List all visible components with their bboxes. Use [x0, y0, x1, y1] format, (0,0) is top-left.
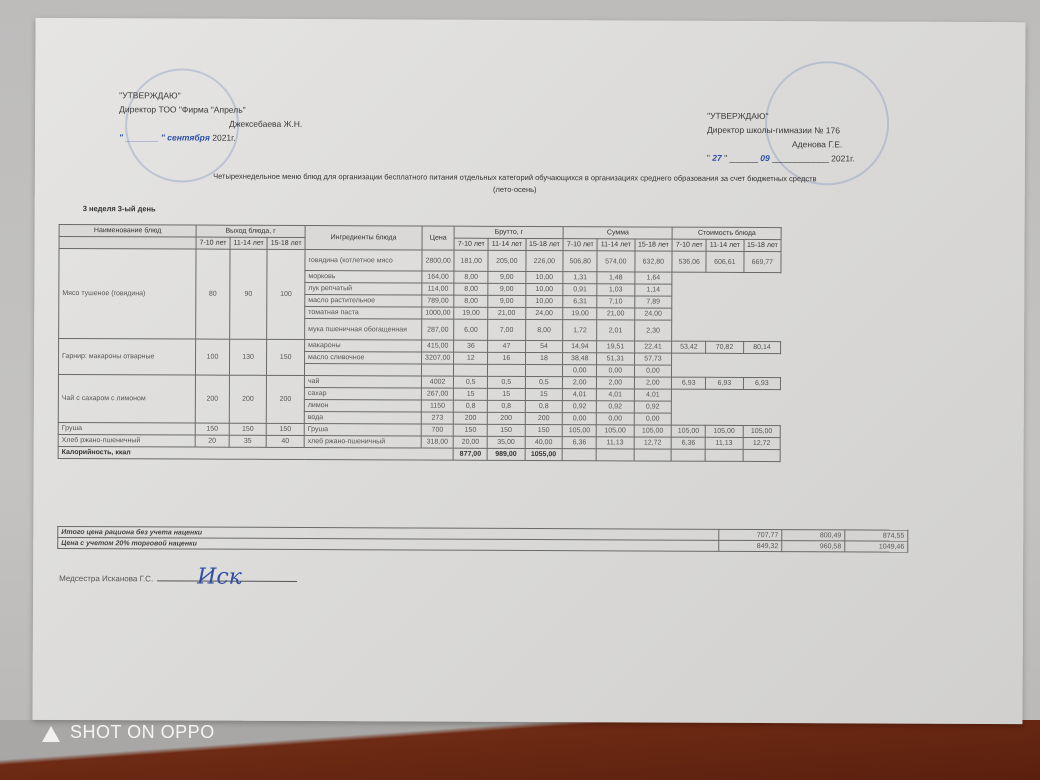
col-price: Цена: [422, 226, 454, 250]
sum-value: 2,01: [597, 320, 634, 341]
sum-value: 2,00: [634, 377, 672, 389]
gross-value: 150: [487, 424, 524, 436]
sum-value: 0,00: [563, 365, 597, 377]
gross-value: 24,00: [525, 307, 563, 319]
price-value: 1000,00: [422, 307, 454, 319]
empty-cell: [705, 449, 742, 461]
dish-name: Гарнир: макароны отварные: [58, 338, 195, 375]
ingredient-name: Груша: [304, 424, 421, 437]
yield-value: 200: [266, 375, 304, 423]
price-value: 267,00: [421, 388, 453, 400]
sum-value: 51,31: [597, 353, 634, 365]
ingredient-name: мука пшеничная обогащенная: [305, 319, 422, 341]
yield-value: 130: [229, 339, 266, 375]
ingredient-name: морковь: [305, 271, 422, 284]
empty-cell: [672, 284, 706, 296]
yield-value: 80: [196, 249, 230, 339]
gross-value: 21,00: [488, 307, 525, 319]
yield-value: 35: [229, 435, 266, 447]
cost-value: 105,00: [743, 425, 781, 437]
calories-value: 877,00: [453, 448, 487, 460]
gross-value: 200: [487, 412, 524, 424]
sum-value: 14,94: [563, 341, 597, 353]
empty-cell: [706, 272, 743, 284]
col-gross-age1: 7-10 лет: [454, 238, 488, 250]
sum-value: 4,01: [563, 389, 597, 401]
price-value: 164,00: [422, 271, 454, 283]
col-gross: Брутто, г: [454, 226, 563, 238]
nurse-signature: Медсестра Исканова Г.С.Иск: [59, 574, 297, 584]
price-value: 318,00: [421, 436, 453, 448]
week-day-label: 3 неделя 3-ый день: [83, 204, 156, 213]
gross-value: 20,00: [453, 436, 487, 448]
gross-value: 9,00: [488, 283, 525, 295]
yield-value: 40: [266, 435, 304, 447]
empty-cell: [706, 389, 743, 401]
col-sum-age2: 11-14 лет: [597, 239, 634, 251]
col-ingredients: Ингредиенты блюда: [305, 226, 422, 251]
sum-value: 105,00: [563, 425, 597, 437]
approval-right: "УТВЕРЖДАЮ" Директор школы-гимназии № 17…: [707, 109, 855, 166]
col-sum-age3: 15-18 лет: [635, 239, 673, 251]
gross-value: 8,00: [454, 283, 488, 295]
col-cost-age1: 7-10 лет: [672, 239, 706, 251]
price-value: 700: [421, 424, 453, 436]
yield-value: 200: [195, 375, 229, 423]
empty-cell: [743, 353, 781, 365]
price-value: 287,00: [422, 319, 454, 340]
ingredient-name: лимон: [304, 400, 421, 413]
col-gross-age2: 11-14 лет: [488, 238, 525, 250]
sum-value: 0,91: [563, 284, 597, 296]
empty-cell: [596, 449, 633, 461]
cost-value: 11,13: [705, 437, 742, 449]
empty-cell: [743, 320, 781, 341]
totals-table: Итого цена рациона без учета наценки707,…: [57, 526, 908, 553]
empty-cell: [706, 365, 743, 377]
col-dish-sub: [59, 236, 196, 249]
price-value: 273: [421, 412, 453, 424]
ingredient-name: [304, 364, 421, 377]
gross-value: 0,5: [454, 376, 488, 388]
ingredient-name: чай: [304, 376, 421, 389]
cost-value: 606,61: [706, 251, 743, 272]
empty-cell: [672, 308, 706, 320]
approval-right-date: " 27 " ______ 09 ____________ 2021г.: [707, 151, 855, 166]
sum-value: 7,89: [634, 296, 672, 308]
gross-value: 10,00: [525, 295, 563, 307]
gross-value: 47: [488, 340, 525, 352]
sum-value: 4,01: [597, 389, 634, 401]
yield-value: 150: [266, 423, 304, 435]
empty-cell: [706, 296, 743, 308]
gross-value: 150: [525, 424, 563, 436]
ingredient-name: говядина (котлетное мясо: [305, 250, 422, 272]
sum-value: 4,01: [634, 389, 672, 401]
cost-value: 12,72: [743, 437, 781, 449]
price-value: 4002: [421, 376, 453, 388]
ingredient-name: масло сливочное: [305, 352, 422, 365]
yield-value: 150: [267, 339, 305, 375]
totals-row: Цена с учетом 20% торговой наценки849,32…: [58, 537, 908, 552]
gross-value: 15: [525, 388, 563, 400]
empty-cell: [705, 413, 742, 425]
price-value: 2800,00: [422, 250, 454, 271]
gross-value: 8,00: [525, 319, 563, 340]
dish-name: Мясо тушеное (говядина): [59, 248, 196, 339]
gross-value: 10,00: [525, 283, 563, 295]
totals-value: 707,77: [719, 529, 782, 540]
price-value: 1150: [421, 400, 453, 412]
col-sum-age1: 7-10 лет: [563, 239, 597, 251]
yield-value: 100: [195, 339, 229, 375]
cost-value: 6,93: [672, 377, 706, 389]
gross-value: 6,00: [454, 319, 488, 340]
approval-left-heading: "УТВЕРЖДАЮ": [119, 88, 302, 103]
empty-cell: [743, 284, 781, 296]
empty-cell: [743, 449, 781, 461]
gross-value: 12: [454, 352, 488, 364]
gross-value: 10,00: [525, 271, 563, 283]
empty-cell: [672, 353, 706, 365]
empty-cell: [672, 413, 706, 425]
gross-value: 8,00: [454, 271, 488, 283]
sum-value: 21,00: [597, 308, 634, 320]
empty-cell: [743, 272, 781, 284]
yield-value: 20: [195, 435, 229, 447]
dish-name: Груша: [58, 422, 195, 435]
sum-value: 105,00: [634, 425, 672, 437]
empty-cell: [743, 413, 781, 425]
price-value: 114,00: [422, 283, 454, 295]
sum-value: 105,00: [596, 425, 633, 437]
gross-value: 150: [454, 424, 488, 436]
sum-value: 57,73: [634, 353, 672, 365]
gross-value: 18: [525, 352, 563, 364]
gross-value: 0,5: [525, 376, 563, 388]
cost-value: 6,36: [671, 437, 705, 449]
approval-left-name: Джексебаева Ж.Н.: [119, 116, 302, 131]
empty-cell: [743, 389, 781, 401]
empty-cell: [672, 320, 706, 341]
col-cost: Стоимость блюда: [672, 227, 781, 239]
price-value: [421, 364, 453, 376]
empty-cell: [743, 308, 781, 320]
ingredient-name: сахар: [304, 388, 421, 401]
gross-value: 19,00: [454, 307, 488, 319]
sum-value: 19,00: [563, 308, 597, 320]
sum-value: 1,64: [634, 272, 672, 284]
gross-value: 15: [488, 388, 525, 400]
gross-value: 226,00: [525, 250, 563, 271]
col-yield: Выход блюда, г: [196, 225, 305, 237]
cost-value: 80,14: [743, 341, 781, 353]
sum-value: 0,92: [563, 401, 597, 413]
totals-label: Цена с учетом 20% торговой наценки: [58, 537, 719, 551]
empty-cell: [706, 320, 743, 341]
cost-value: 105,00: [672, 425, 706, 437]
empty-cell: [562, 449, 596, 461]
sum-value: 506,80: [563, 251, 597, 272]
empty-cell: [671, 449, 705, 461]
dish-name: Хлеб ржано-пшеничный: [58, 434, 195, 447]
yield-value: 100: [267, 249, 305, 339]
calories-value: 989,00: [487, 448, 524, 460]
yield-value: 90: [230, 249, 268, 339]
gross-value: 0,8: [525, 400, 563, 412]
ingredient-name: вода: [304, 412, 421, 425]
empty-cell: [672, 401, 706, 413]
calories-label: Калорийность, ккал: [58, 446, 453, 460]
menu-document: "УТВЕРЖДАЮ" Директор ТОО "Фирма "Апрель"…: [32, 18, 1025, 724]
sum-value: 0,00: [634, 365, 672, 377]
sum-value: 574,00: [597, 251, 634, 272]
sum-value: 1,72: [563, 320, 597, 341]
cost-value: 105,00: [705, 425, 742, 437]
approval-right-heading: "УТВЕРЖДАЮ": [707, 109, 855, 124]
gross-value: 16: [488, 352, 525, 364]
gross-value: 7,00: [488, 319, 525, 340]
gross-value: 205,00: [488, 250, 525, 271]
sum-value: 0,00: [563, 413, 597, 425]
document-title: Четырехнедельное меню блюд для организац…: [115, 170, 915, 197]
price-value: 415,00: [422, 340, 454, 352]
gross-value: 36: [454, 340, 488, 352]
sum-value: 12,72: [634, 437, 672, 449]
sum-value: 1,14: [634, 284, 672, 296]
empty-cell: [706, 308, 743, 320]
approval-right-position: Директор школы-гимназии № 176: [707, 123, 855, 138]
sum-value: 1,31: [563, 272, 597, 284]
empty-cell: [634, 449, 672, 461]
sum-value: 2,00: [563, 377, 597, 389]
gross-value: [525, 364, 563, 376]
sum-value: 6,36: [562, 437, 596, 449]
ingredient-name: масло растительное: [305, 295, 422, 308]
ingredient-name: томатная паста: [305, 307, 422, 320]
sum-value: 1,03: [597, 284, 634, 296]
camera-watermark: SHOT ON OPPO: [40, 722, 215, 743]
oppo-logo-icon: [40, 724, 62, 742]
totals-value: 1049,46: [845, 541, 908, 552]
empty-cell: [672, 272, 706, 284]
yield-value: 150: [195, 423, 229, 435]
ingredient-name: хлеб ржано-пшеничный: [304, 436, 421, 449]
sum-value: 0,00: [597, 365, 634, 377]
calories-value: 1055,00: [525, 448, 563, 460]
gross-value: 181,00: [454, 250, 488, 271]
sum-value: 38,48: [563, 353, 597, 365]
gross-value: [488, 364, 525, 376]
approval-right-name: Аденова Г.Е.: [707, 137, 855, 152]
gross-value: 35,00: [487, 436, 524, 448]
col-yield-age3: 15-18 лет: [267, 237, 305, 249]
cost-value: 6,93: [706, 377, 743, 389]
totals-value: 874,55: [845, 530, 908, 541]
gross-value: 9,00: [488, 271, 525, 283]
signature-mark: Иск: [197, 565, 242, 590]
sum-value: 1,48: [597, 272, 634, 284]
empty-cell: [743, 365, 781, 377]
sum-value: 22,41: [634, 341, 672, 353]
cost-value: 6,93: [743, 377, 781, 389]
price-value: 3207,00: [422, 352, 454, 364]
gross-value: 40,00: [525, 436, 563, 448]
col-sum: Сумма: [563, 227, 672, 239]
table-row: Мясо тушеное (говядина)8090100говядина (…: [59, 248, 781, 272]
empty-cell: [672, 296, 706, 308]
empty-cell: [672, 389, 706, 401]
sum-value: 0,92: [597, 401, 634, 413]
calories-row: Калорийность, ккал877,00989,001055,00: [58, 446, 780, 461]
col-dish: Наименование блюд: [59, 224, 196, 237]
col-yield-age1: 7-10 лет: [196, 237, 230, 249]
totals-value: 800,49: [782, 530, 845, 541]
empty-cell: [743, 401, 781, 413]
gross-value: 0,8: [454, 400, 488, 412]
gross-value: [454, 364, 488, 376]
gross-value: 15: [454, 388, 488, 400]
col-yield-age2: 11-14 лет: [230, 237, 267, 249]
totals-value: 960,58: [782, 541, 845, 552]
sum-value: 632,80: [634, 251, 672, 272]
empty-cell: [743, 296, 781, 308]
yield-value: 150: [229, 423, 266, 435]
totals-value: 849,32: [719, 540, 782, 551]
yield-value: 200: [229, 375, 266, 423]
sum-value: 19,51: [597, 341, 634, 353]
sum-value: 7,10: [597, 296, 634, 308]
gross-value: 54: [525, 340, 563, 352]
sum-value: 11,13: [596, 437, 633, 449]
approval-left: "УТВЕРЖДАЮ" Директор ТОО "Фирма "Апрель"…: [119, 88, 302, 145]
sum-value: 24,00: [634, 308, 672, 320]
gross-value: 0,8: [488, 400, 525, 412]
sum-value: 6,31: [563, 296, 597, 308]
col-cost-age2: 11-14 лет: [706, 239, 743, 251]
cost-value: 53,42: [672, 341, 706, 353]
sum-value: 0,00: [596, 413, 633, 425]
price-value: 789,00: [422, 295, 454, 307]
col-cost-age3: 15-18 лет: [744, 239, 782, 251]
empty-cell: [706, 401, 743, 413]
gross-value: 200: [454, 412, 488, 424]
empty-cell: [706, 284, 743, 296]
col-gross-age3: 15-18 лет: [526, 238, 564, 250]
gross-value: 200: [525, 412, 563, 424]
menu-table: Наименование блюд Выход блюда, г Ингреди…: [58, 224, 782, 462]
gross-value: 9,00: [488, 295, 525, 307]
ingredient-name: макароны: [305, 340, 422, 353]
cost-value: 669,77: [743, 251, 781, 272]
sum-value: 0,92: [634, 401, 672, 413]
cost-value: 536,06: [672, 251, 706, 272]
empty-cell: [672, 365, 706, 377]
sum-value: 2,30: [634, 320, 672, 341]
approval-left-date: " _______ " сентября 2021г.: [119, 130, 302, 145]
sum-value: 0,00: [634, 413, 672, 425]
ingredient-name: лук репчатый: [305, 283, 422, 296]
gross-value: 8,00: [454, 295, 488, 307]
empty-cell: [706, 353, 743, 365]
dish-name: Чай с сахаром с лимоном: [58, 374, 195, 423]
sum-value: 2,00: [597, 377, 634, 389]
approval-left-position: Директор ТОО "Фирма "Апрель": [119, 102, 302, 117]
cost-value: 70,82: [706, 341, 743, 353]
gross-value: 0,5: [488, 376, 525, 388]
